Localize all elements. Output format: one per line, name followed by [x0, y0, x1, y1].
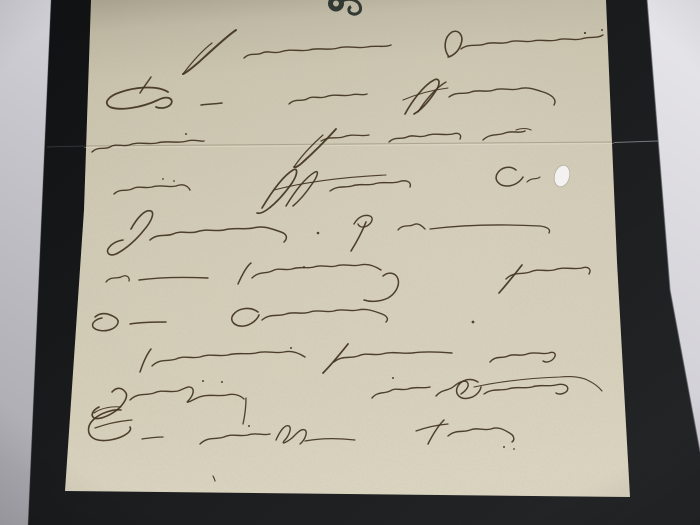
scene: Je vous remercie de vos fleurs mais je v…	[0, 0, 700, 525]
vignette-overlay	[0, 0, 700, 525]
letter-photograph: Je vous remercie de vos fleurs mais je v…	[0, 0, 700, 525]
